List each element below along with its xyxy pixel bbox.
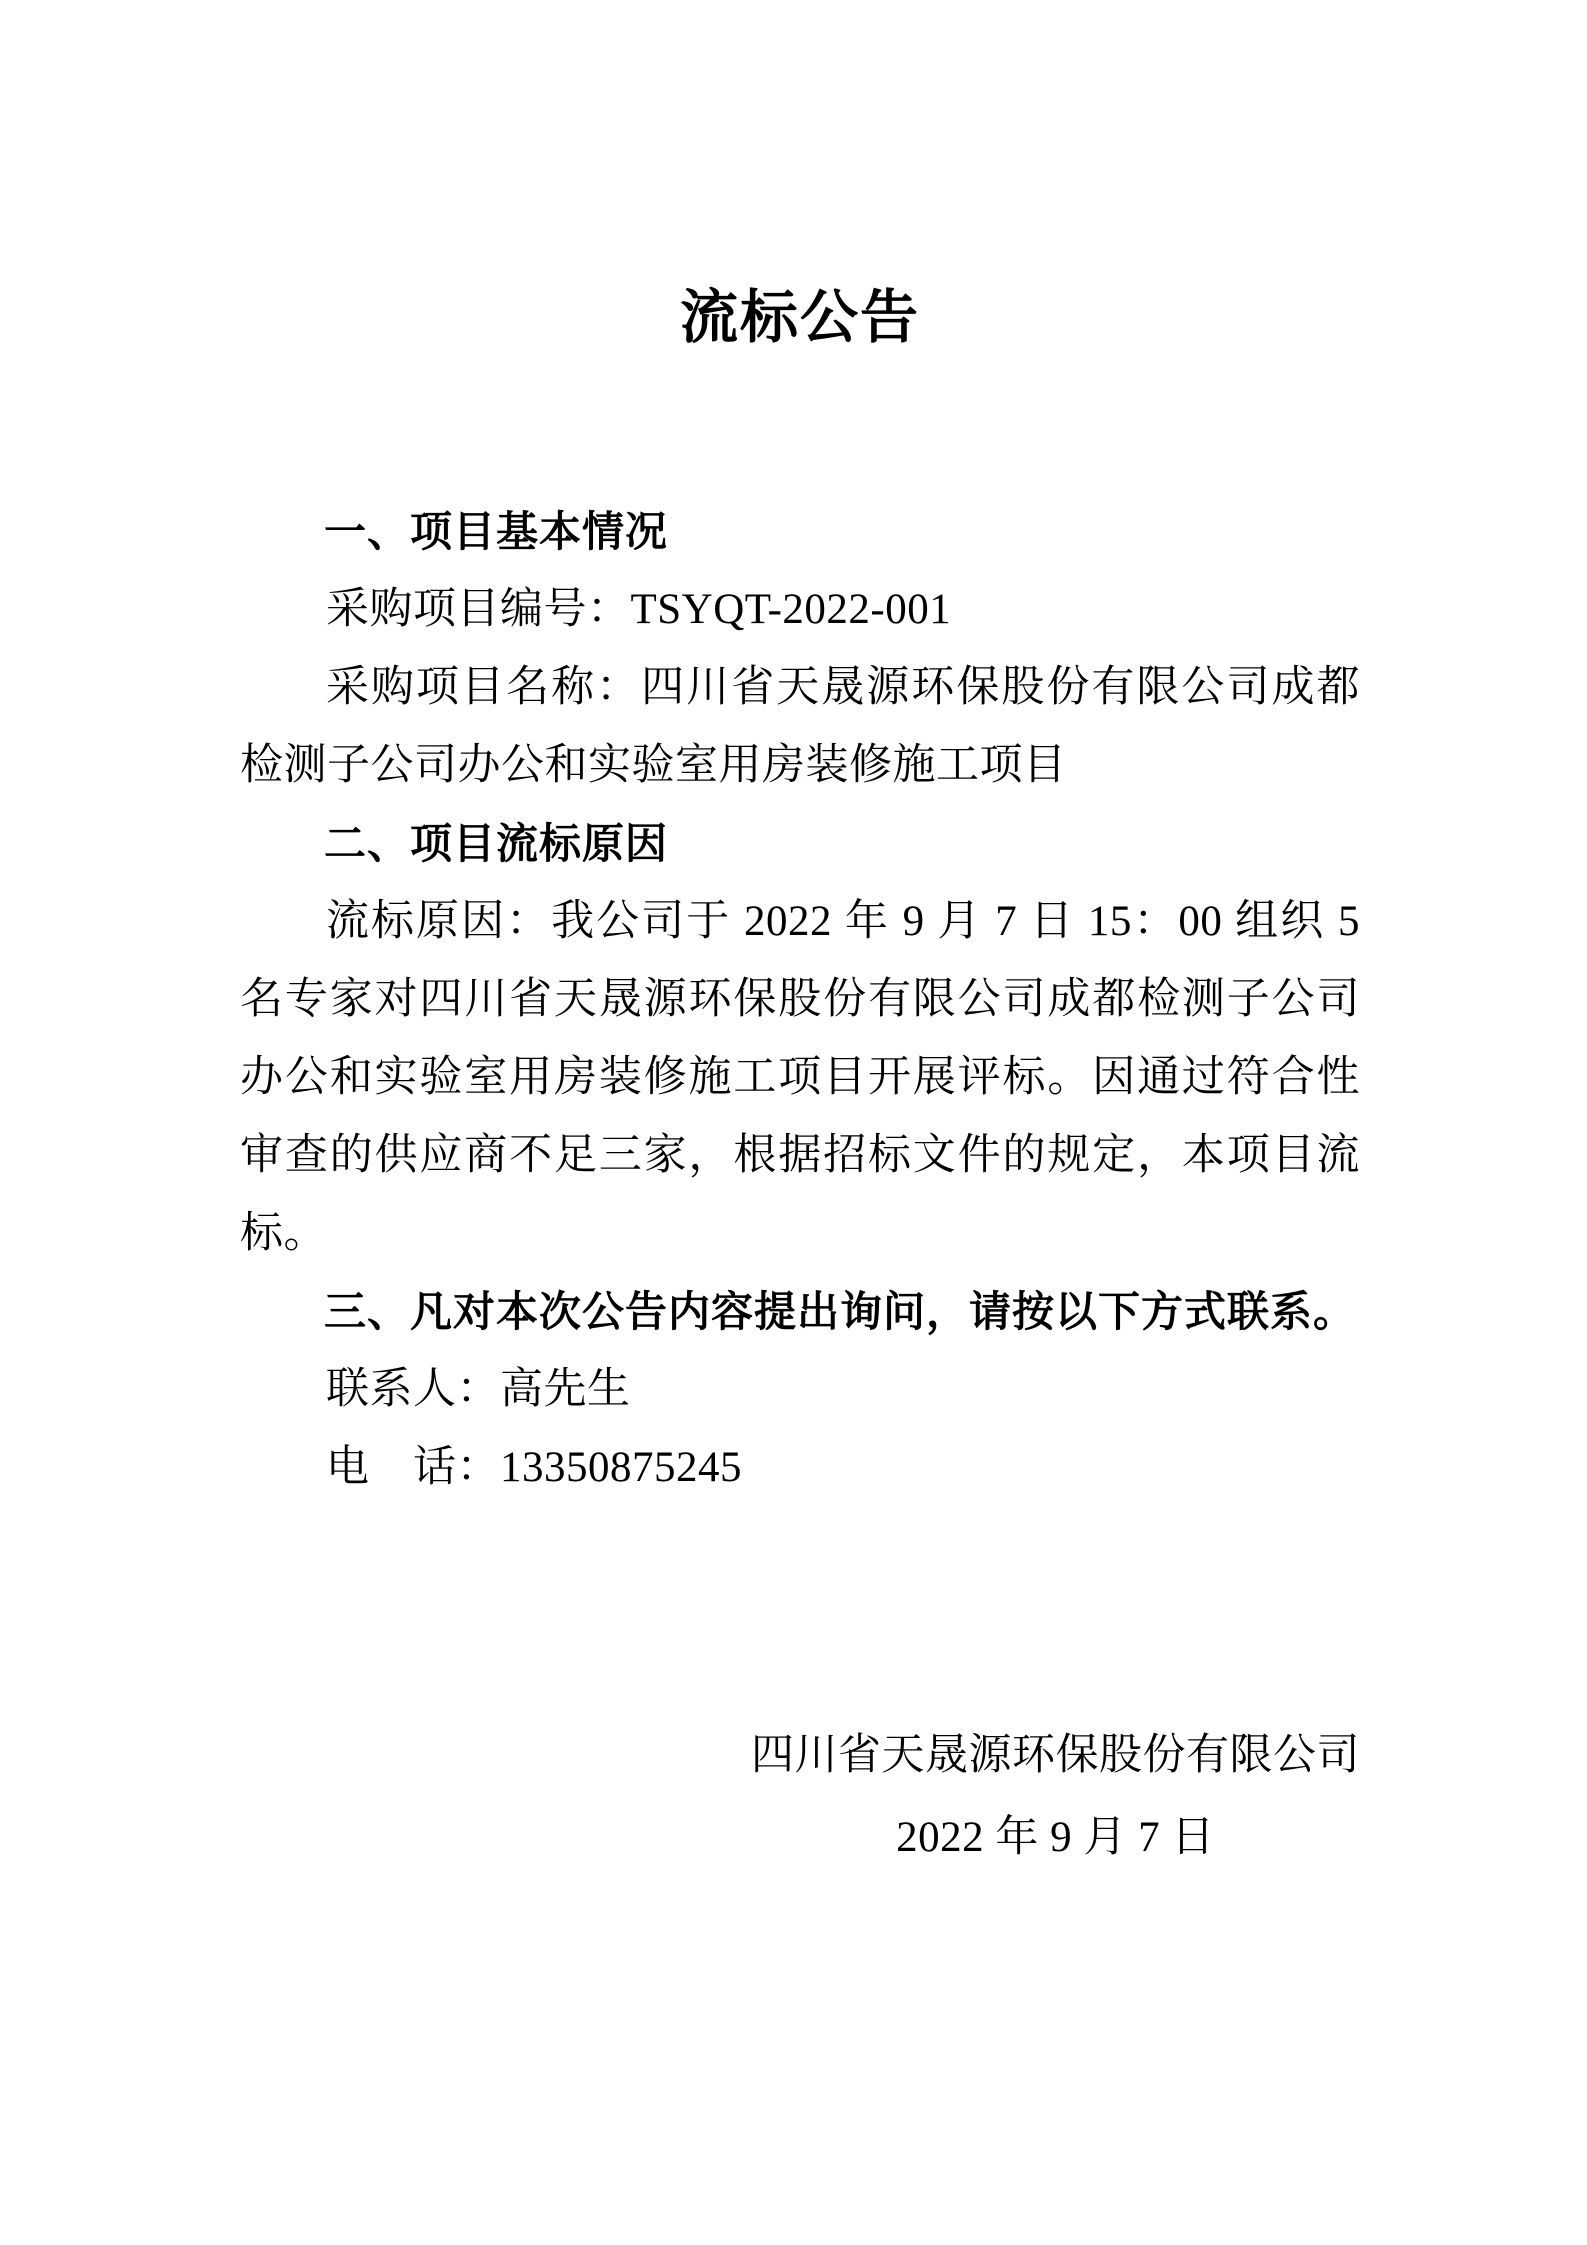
section-1-heading: 一、项目基本情况 <box>240 493 1360 571</box>
section-3-heading: 三、凡对本次公告内容提出询问，请按以下方式联系。 <box>240 1273 1360 1351</box>
contact-person-line: 联系人：高先生 <box>240 1351 1360 1429</box>
project-name-paragraph: 采购项目名称：四川省天晟源环保股份有限公司成都检测子公司办公和实验室用房装修施工… <box>240 649 1360 805</box>
document-title: 流标公告 <box>240 268 1360 368</box>
project-number-line: 采购项目编号：TSYQT-2022-001 <box>240 571 1360 649</box>
document-page: 流标公告 一、项目基本情况 采购项目编号：TSYQT-2022-001 采购项目… <box>0 0 1587 2245</box>
signature-date: 2022 年 9 月 7 日 <box>751 1797 1360 1879</box>
signature-company: 四川省天晟源环保股份有限公司 <box>751 1715 1360 1797</box>
failure-reason-paragraph: 流标原因：我公司于 2022 年 9 月 7 日 15：00 组织 5 名专家对… <box>240 883 1360 1273</box>
section-2-heading: 二、项目流标原因 <box>240 805 1360 883</box>
signature-block: 四川省天晟源环保股份有限公司 2022 年 9 月 7 日 <box>240 1715 1360 1879</box>
contact-phone-line: 电 话：13350875245 <box>240 1429 1360 1507</box>
signature-inner: 四川省天晟源环保股份有限公司 2022 年 9 月 7 日 <box>751 1715 1360 1879</box>
